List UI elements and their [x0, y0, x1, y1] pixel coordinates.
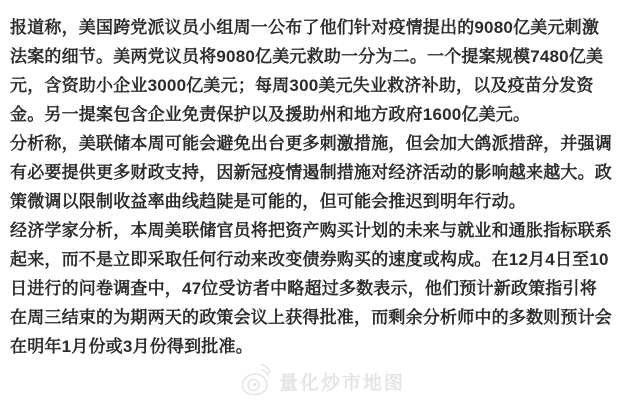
paragraph-fed-analysis: 分析称，美联储本周可能会避免出台更多刺激措施，但会加大鸽派措辞，并强调有必要提供… [10, 129, 614, 216]
paragraph-economist-survey: 经济学家分析，本周美联储官员将把资产购买计划的未来与就业和通胀指标联系起来，而不… [10, 216, 614, 361]
watermark: 量化炒市地图 [241, 362, 405, 401]
paragraph-stimulus-bill: 报道称，美国跨党派议员小组周一公布了他们针对疫情提出的9080亿美元刺激法案的细… [10, 13, 614, 129]
watermark-text: 量化炒市地图 [279, 368, 405, 395]
weibo-logo-icon [241, 362, 271, 401]
article-body: 报道称，美国跨党派议员小组周一公布了他们针对疫情提出的9080亿美元刺激法案的细… [10, 13, 614, 361]
news-text-image: 报道称，美国跨党派议员小组周一公布了他们针对疫情提出的9080亿美元刺激法案的细… [0, 0, 624, 402]
